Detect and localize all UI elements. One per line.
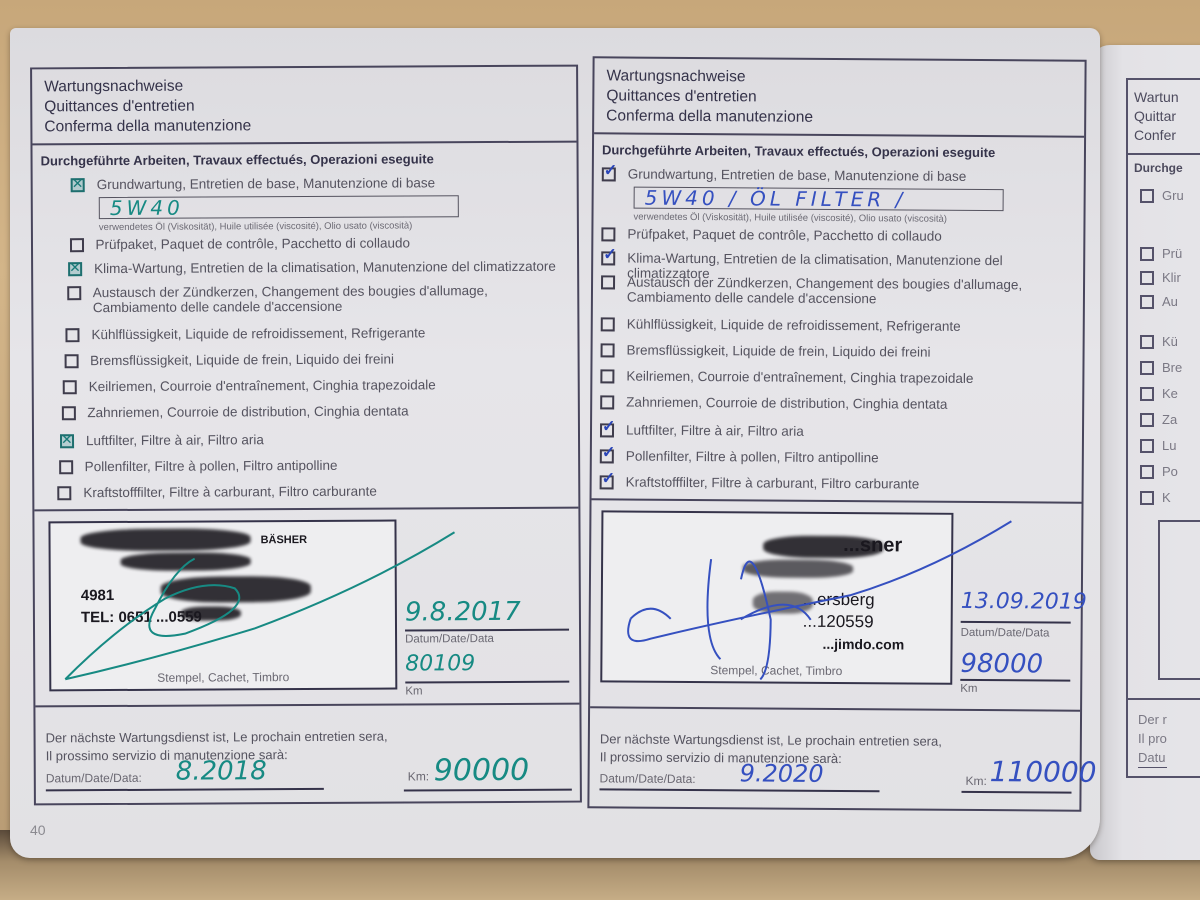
checkbox-unchecked[interactable] xyxy=(65,328,79,342)
service-item: Zahnriemen, Courroie de distribution, Ci… xyxy=(61,403,408,420)
checkbox-unchecked[interactable] xyxy=(1140,491,1154,505)
next-service-km[interactable]: 90000 xyxy=(434,753,530,788)
checkbox-unchecked[interactable] xyxy=(63,380,77,394)
km-label: Km xyxy=(405,685,422,697)
service-item-label: Keilriemen, Courroie d'entraînement, Cin… xyxy=(626,369,973,386)
next-date-label: Datum/Date/Data: xyxy=(46,771,142,786)
oil-viscosity-field[interactable]: 5W40 / ÖL FILTER / xyxy=(634,187,1004,212)
km-label: Km xyxy=(960,683,977,695)
card-title: Wartungsnachweise Quittances d'entretien… xyxy=(32,67,576,146)
next-service-km[interactable]: 110000 xyxy=(990,755,1097,789)
service-km[interactable]: 80109 xyxy=(405,651,475,676)
service-item: Luftfilter, Filtre à air, Filtro aria xyxy=(60,432,264,448)
checkbox-checked[interactable] xyxy=(600,449,614,463)
service-item-label: Klima-Wartung, Entretien de la climatisa… xyxy=(94,259,556,276)
checkbox-unchecked[interactable] xyxy=(57,486,71,500)
stamp-text: BÄSHER xyxy=(261,534,308,546)
service-item-label: Pollenfilter, Filtre à pollen, Filtro an… xyxy=(85,458,338,474)
service-item: Keilriemen, Courroie d'entraînement, Cin… xyxy=(600,368,973,386)
service-item: Pollenfilter, Filtre à pollen, Filtro an… xyxy=(59,458,338,474)
service-item-label: Keilriemen, Courroie d'entraînement, Cin… xyxy=(89,377,436,394)
service-item-label: Luftfilter, Filtre à air, Filtro aria xyxy=(626,423,804,439)
checkbox-unchecked[interactable] xyxy=(64,354,78,368)
service-km[interactable]: 98000 xyxy=(960,649,1043,680)
divider xyxy=(592,498,1082,503)
partial-item-label: Kü xyxy=(1162,334,1178,349)
service-record-partial: Wartun Quittar Confer Durchge GruPrüKlir… xyxy=(1126,78,1200,778)
date-label: Datum/Date/Data xyxy=(961,627,1050,640)
service-item: Prüfpaket, Paquet de contrôle, Pacchetto… xyxy=(601,226,942,243)
stamp-text: ...120559 xyxy=(803,612,874,632)
service-item: Kühlflüssigkeit, Liquide de refroidissem… xyxy=(601,316,961,334)
partial-divider xyxy=(1128,698,1200,700)
service-item: Zahnriemen, Courroie de distribution, Ci… xyxy=(600,394,947,411)
oil-caption: verwendetes Öl (Viskosität), Huile utili… xyxy=(633,212,947,225)
section-heading: Durchgeführte Arbeiten, Travaux effectué… xyxy=(32,143,576,169)
date-underline xyxy=(405,629,569,632)
stamp-label: Stempel, Cachet, Timbro xyxy=(602,662,950,678)
partial-item-label: K xyxy=(1162,490,1171,505)
next-service-text: Der nächste Wartungsdienst ist, Le proch… xyxy=(46,728,388,748)
checkbox-checked[interactable] xyxy=(602,167,616,181)
checkbox-checked[interactable] xyxy=(68,262,82,276)
service-item-label: Grundwartung, Entretien de base, Manuten… xyxy=(97,175,436,192)
service-item-label: Bremsflüssigkeit, Liquide de frein, Liqu… xyxy=(627,343,931,360)
partial-service-item: Za xyxy=(1140,412,1177,427)
service-item: Kühlflüssigkeit, Liquide de refroidissem… xyxy=(65,325,425,342)
partial-service-item: K xyxy=(1140,490,1171,505)
partial-service-item: Kü xyxy=(1140,334,1178,349)
next-km-label: Km: xyxy=(408,769,429,783)
service-item: Grundwartung, Entretien de base, Manuten… xyxy=(71,175,436,192)
checkbox-unchecked[interactable] xyxy=(67,286,81,300)
checkbox-unchecked[interactable] xyxy=(59,460,73,474)
service-item: Keilriemen, Courroie d'entraînement, Cin… xyxy=(63,377,436,394)
partial-service-item: Gru xyxy=(1140,188,1184,203)
service-item: Bremsflüssigkeit, Liquide de frein, Liqu… xyxy=(64,352,394,369)
service-item: Bremsflüssigkeit, Liquide de frein, Liqu… xyxy=(601,342,931,359)
checkbox-checked[interactable] xyxy=(60,434,74,448)
service-item-label: Kühlflüssigkeit, Liquide de refroidissem… xyxy=(627,317,961,334)
partial-heading: Durchge xyxy=(1128,155,1200,181)
partial-item-label: Au xyxy=(1162,294,1178,309)
checkbox-unchecked[interactable] xyxy=(69,238,83,252)
checkbox-unchecked[interactable] xyxy=(1140,271,1154,285)
service-item: Luftfilter, Filtre à air, Filtro aria xyxy=(600,422,804,438)
partial-next-line: Il pro xyxy=(1138,729,1167,748)
checkbox-unchecked[interactable] xyxy=(600,369,614,383)
service-item-label: Pollenfilter, Filtre à pollen, Filtro an… xyxy=(626,449,879,466)
next-km-label: Km: xyxy=(966,774,987,788)
service-item: Austausch der Zündkerzen, Changement des… xyxy=(67,283,488,315)
checkbox-checked[interactable] xyxy=(601,251,615,265)
partial-item-label: Prü xyxy=(1162,246,1182,261)
service-date[interactable]: 9.8.2017 xyxy=(405,597,521,628)
divider xyxy=(34,507,578,512)
service-item-label: Kühlflüssigkeit, Liquide de refroidissem… xyxy=(91,325,425,342)
service-item-label: Prüfpaket, Paquet de contrôle, Pacchetto… xyxy=(95,235,410,252)
checkbox-unchecked[interactable] xyxy=(1140,439,1154,453)
partial-service-item: Ke xyxy=(1140,386,1178,401)
service-item-label: Luftfilter, Filtre à air, Filtro aria xyxy=(86,432,264,448)
next-date-label: Datum/Date/Data: xyxy=(600,771,696,786)
title-italian: Conferma della manutenzione xyxy=(44,115,564,138)
partial-service-item: Bre xyxy=(1140,360,1182,375)
checkbox-unchecked[interactable] xyxy=(600,395,614,409)
partial-item-label: Gru xyxy=(1162,188,1184,203)
next-date-underline xyxy=(46,788,324,791)
checkbox-unchecked[interactable] xyxy=(1140,189,1154,203)
date-label: Datum/Date/Data xyxy=(405,633,494,645)
partial-item-label: Ke xyxy=(1162,386,1178,401)
checkbox-checked[interactable] xyxy=(600,475,614,489)
checkbox-unchecked[interactable] xyxy=(1140,465,1154,479)
stamp-label: Stempel, Cachet, Timbro xyxy=(51,670,395,686)
checkbox-unchecked[interactable] xyxy=(601,317,615,331)
partial-next-line: Der r xyxy=(1138,710,1167,729)
oil-viscosity-field[interactable]: 5W40 xyxy=(99,195,459,219)
partial-service-item: Au xyxy=(1140,294,1178,309)
km-underline xyxy=(960,679,1070,682)
title-italian: Conferma della manutenzione xyxy=(606,106,1072,129)
stamp-text: ...ersberg xyxy=(803,590,875,611)
checkbox-unchecked[interactable] xyxy=(1140,295,1154,309)
partial-service-item: Prü xyxy=(1140,246,1182,261)
partial-service-item: Klir xyxy=(1140,270,1181,285)
service-item-label: Austausch der Zündkerzen, Changement des… xyxy=(627,275,1022,308)
stamp-text: TEL: 0651 ...0559 xyxy=(81,609,202,627)
checkbox-unchecked[interactable] xyxy=(1140,361,1154,375)
service-item-label: Kraftstofffilter, Filtre à carburant, Fi… xyxy=(626,475,920,492)
stamp-text: ...sner xyxy=(843,534,902,557)
section-heading: Durchgeführte Arbeiten, Travaux effectué… xyxy=(594,134,1084,160)
checkbox-unchecked[interactable] xyxy=(61,406,75,420)
service-record-2: Wartungsnachweise Quittances d'entretien… xyxy=(587,56,1086,811)
service-item: Prüfpaket, Paquet de contrôle, Pacchetto… xyxy=(69,235,410,252)
next-date-underline xyxy=(600,788,880,792)
service-item-label: Zahnriemen, Courroie de distribution, Ci… xyxy=(626,395,947,412)
service-item-label: Austausch der Zündkerzen, Changement des… xyxy=(93,283,488,315)
service-item-label: Kraftstofffilter, Filtre à carburant, Fi… xyxy=(83,484,377,501)
partial-title-line: Wartun xyxy=(1134,88,1200,107)
page-number: 40 xyxy=(30,822,46,838)
service-item: Klima-Wartung, Entretien de la climatisa… xyxy=(68,259,556,277)
next-service-date[interactable]: 8.2018 xyxy=(176,756,267,786)
next-km-underline xyxy=(404,789,572,792)
workshop-stamp: ...sner...ersberg...120559...jimdo.comSt… xyxy=(600,510,953,684)
partial-item-label: Po xyxy=(1162,464,1178,479)
service-item-label: Grundwartung, Entretien de base, Manuten… xyxy=(628,167,967,184)
divider xyxy=(590,706,1080,711)
partial-item-label: Za xyxy=(1162,412,1177,427)
service-item: Grundwartung, Entretien de base, Manuten… xyxy=(602,166,967,184)
checkbox-unchecked[interactable] xyxy=(1140,335,1154,349)
partial-title-line: Quittar xyxy=(1134,107,1200,126)
checkbox-unchecked[interactable] xyxy=(601,275,615,289)
stamp-text: ...jimdo.com xyxy=(822,636,904,653)
partial-item-label: Klir xyxy=(1162,270,1181,285)
service-item-label: Bremsflüssigkeit, Liquide de frein, Liqu… xyxy=(90,352,394,369)
partial-item-label: Bre xyxy=(1162,360,1182,375)
checkbox-checked[interactable] xyxy=(600,423,614,437)
checkbox-unchecked[interactable] xyxy=(601,343,615,357)
partial-item-label: Lu xyxy=(1162,438,1176,453)
title-french: Quittances d'entretien xyxy=(44,95,564,118)
next-service-date[interactable]: 9.2020 xyxy=(740,759,824,788)
service-record-1: Wartungsnachweise Quittances d'entretien… xyxy=(30,65,582,806)
service-item: Pollenfilter, Filtre à pollen, Filtro an… xyxy=(600,448,879,465)
km-underline xyxy=(405,681,569,684)
checkbox-checked[interactable] xyxy=(71,178,85,192)
checkbox-unchecked[interactable] xyxy=(1140,247,1154,261)
service-item: Kraftstofffilter, Filtre à carburant, Fi… xyxy=(600,474,920,491)
next-service-text: Der nächste Wartungsdienst ist, Le proch… xyxy=(600,730,942,750)
partial-service-item: Lu xyxy=(1140,438,1176,453)
date-underline xyxy=(961,621,1071,624)
service-item: Kraftstofffilter, Filtre à carburant, Fi… xyxy=(57,484,377,501)
divider xyxy=(35,703,579,708)
partial-service-item: Po xyxy=(1140,464,1178,479)
workshop-stamp: BÄSHER4981TEL: 0651 ...0559Stempel, Cach… xyxy=(48,520,397,692)
stamp-text: 4981 xyxy=(81,587,114,604)
title-german: Wartungsnachweise xyxy=(44,75,564,98)
partial-stamp-box xyxy=(1158,520,1200,680)
service-item-label: Prüfpaket, Paquet de contrôle, Pacchetto… xyxy=(627,227,942,244)
oil-caption: verwendetes Öl (Viskosität), Huile utili… xyxy=(99,220,412,233)
service-item: Austausch der Zündkerzen, Changement des… xyxy=(601,274,1022,307)
checkbox-unchecked[interactable] xyxy=(1140,387,1154,401)
card-title: Wartungsnachweise Quittances d'entretien… xyxy=(594,58,1085,137)
next-km-underline xyxy=(961,791,1071,794)
partial-next-line: Datu xyxy=(1138,748,1167,768)
service-item-label: Zahnriemen, Courroie de distribution, Ci… xyxy=(87,403,408,420)
checkbox-unchecked[interactable] xyxy=(601,227,615,241)
partial-title-line: Confer xyxy=(1134,126,1200,145)
checkbox-unchecked[interactable] xyxy=(1140,413,1154,427)
partial-title: Wartun Quittar Confer xyxy=(1128,80,1200,155)
service-date[interactable]: 13.09.2019 xyxy=(961,589,1087,615)
